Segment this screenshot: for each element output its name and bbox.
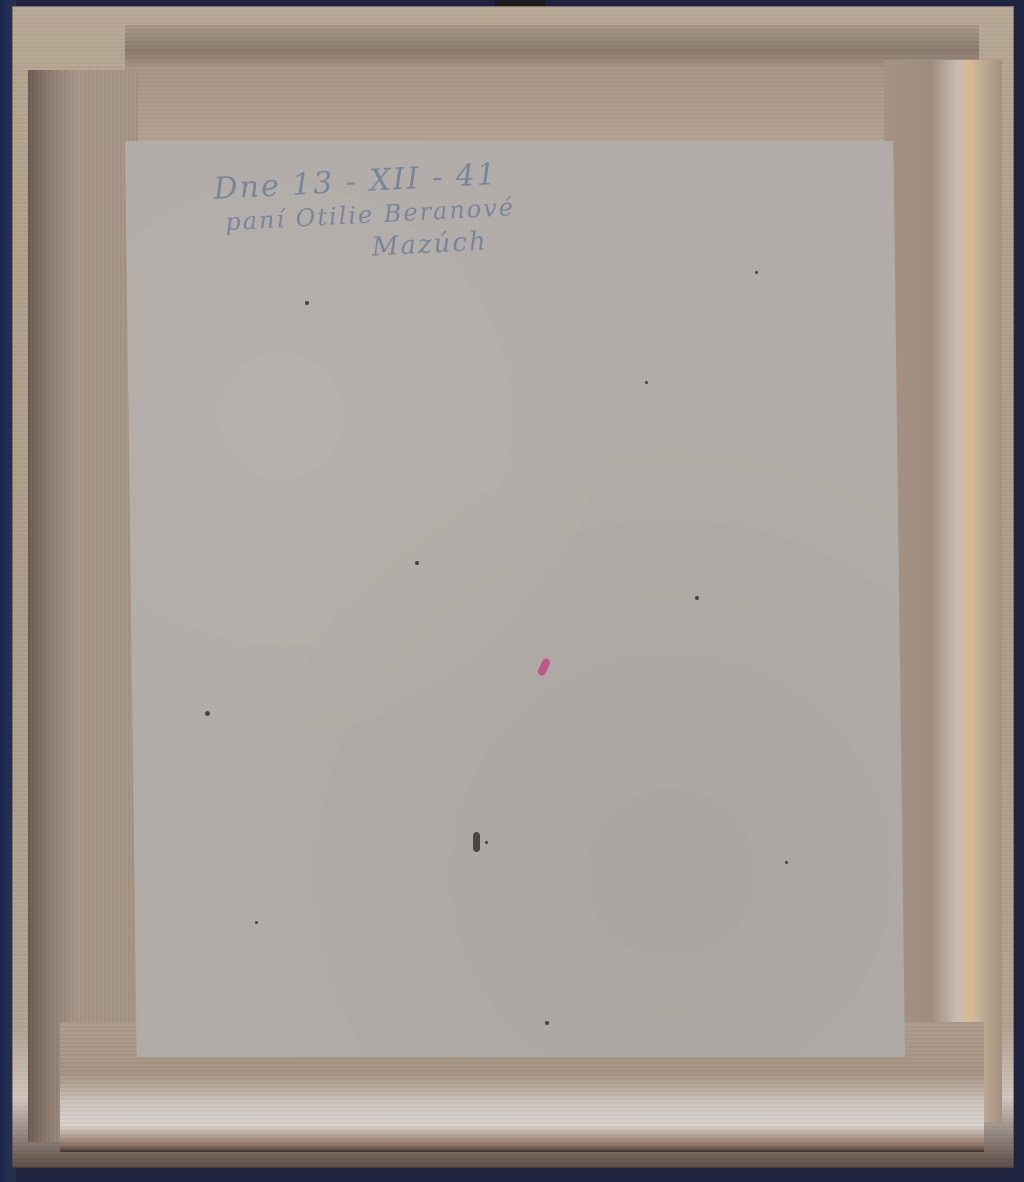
dark-stain-mark <box>473 832 480 852</box>
tape-top <box>125 25 979 148</box>
cardboard-backing <box>125 141 905 1057</box>
speck <box>645 381 648 384</box>
speck <box>305 301 309 305</box>
speck <box>255 921 258 924</box>
speck <box>755 271 758 274</box>
speck <box>695 596 699 600</box>
speck <box>485 841 488 844</box>
speck <box>785 861 788 864</box>
speck <box>545 1021 549 1025</box>
speck <box>415 561 419 565</box>
speck <box>205 711 210 716</box>
tape-left <box>28 70 138 1142</box>
framed-picture-back: Dne 13 - XII - 41 paní Otilie Beranové M… <box>0 0 1024 1182</box>
